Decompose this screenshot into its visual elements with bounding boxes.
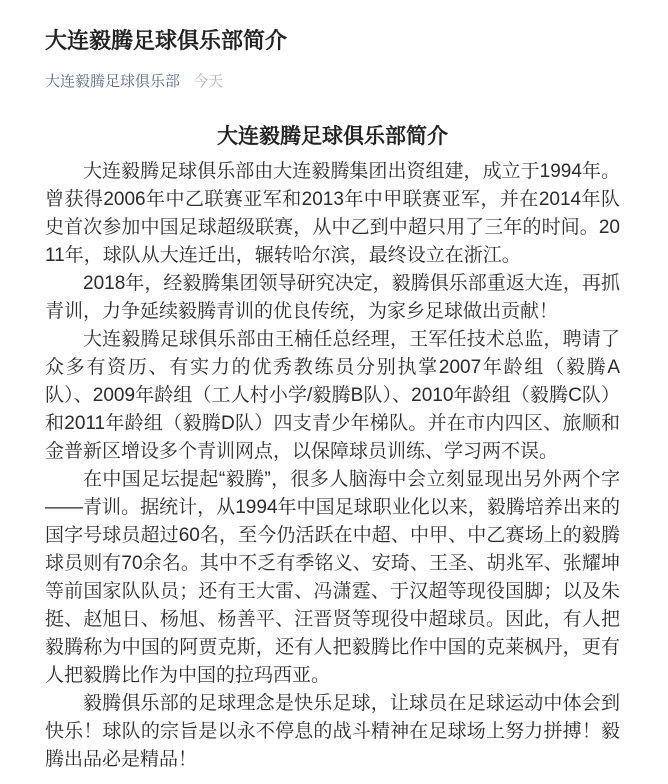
account-name-link[interactable]: 大连毅腾足球俱乐部 bbox=[45, 73, 180, 90]
article-body: 大连毅腾足球俱乐部简介 大连毅腾足球俱乐部由大连毅腾集团出资组建，成立于1994… bbox=[45, 122, 620, 774]
article-page: 大连毅腾足球俱乐部简介 大连毅腾足球俱乐部 今天 大连毅腾足球俱乐部简介 大连毅… bbox=[0, 0, 668, 784]
article-paragraph-philosophy: 毅腾俱乐部的足球理念是快乐足球，让球员在足球运动中体会到快乐！球队的宗旨是以永不… bbox=[45, 690, 620, 774]
page-title: 大连毅腾足球俱乐部简介 bbox=[45, 26, 620, 56]
article-paragraph-youth-training: 在中国足坛提起“毅腾”，很多人脑海中会立刻显现出另外两个字——青训。据统计，从1… bbox=[45, 466, 620, 690]
article-paragraph-intro: 大连毅腾足球俱乐部由大连毅腾集团出资组建，成立于1994年。曾获得2006年中乙… bbox=[45, 158, 620, 270]
article-paragraph-return: 2018年，经毅腾集团领导研究决定，毅腾俱乐部重返大连，再抓青训，力争延续毅腾青… bbox=[45, 270, 620, 326]
byline: 大连毅腾足球俱乐部 今天 bbox=[45, 71, 620, 92]
article-paragraph-management: 大连毅腾足球俱乐部由王楠任总经理，王军任技术总监，聘请了众多有资历、有实力的优秀… bbox=[45, 326, 620, 466]
article-heading: 大连毅腾足球俱乐部简介 bbox=[45, 122, 620, 152]
publish-time: 今天 bbox=[193, 73, 223, 90]
